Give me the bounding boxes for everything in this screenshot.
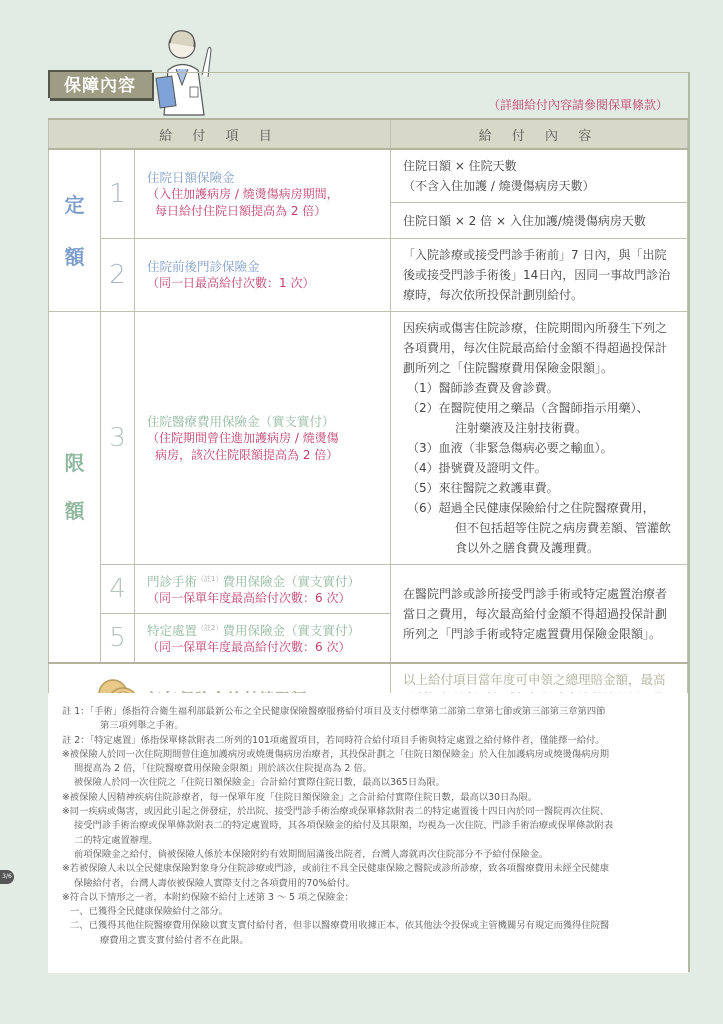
footnote-line: ※被保險人於同一次住院期間曾住進加護病房或燒燙傷病房治療者，其投保計劃之「住院日… <box>62 748 674 762</box>
footnote-ref: （註2） <box>197 624 222 632</box>
item-content: 住院日額 × 2 倍 × 入住加護/燒燙傷病房天數 <box>391 203 688 239</box>
item-name-part: 費用保險金（實支實付） <box>222 574 360 589</box>
category-limited-amount: 限 額 <box>49 312 101 664</box>
footnote-line: ※若被保險人未以全民健康保險對象身分住院診療或門診，或前往不具全民健康保險之醫院… <box>62 862 674 876</box>
item-content: 在醫院門診或診所接受門診手術或特定處置治療者當日之費用，每次最高給付金額不得超過… <box>391 565 688 664</box>
category-fixed-amount: 定 額 <box>49 149 101 312</box>
footnote-line: 第三項列舉之手術。 <box>62 719 674 733</box>
footnote-line: 二、已獲得其他住院醫療費用保險以實支實付給付者，但非以醫療費用收據正本、依其他法… <box>62 919 674 933</box>
footnote-line: ※同一疾病或傷害，或因此引起之併發症，於出院、接受門診手術治療或保單條款附表二的… <box>62 805 674 819</box>
item-content: 因疾病或傷害住院診療，住院期間內所發生下列之各項費用，每次住院最高給付金額不得超… <box>391 312 688 565</box>
item-number: 4 <box>101 565 135 614</box>
item-name: 住院日額保險金 <box>147 169 378 186</box>
item-condition: （同一保單年度最高給付次數：6 次） <box>147 639 378 656</box>
item-content: 「入院診療或接受門診手術前」7 日內，與「出院後或接受門診手術後」14日內，因同… <box>391 239 688 312</box>
footnote-line: ※符合以下情形之一者，本附約保險不給付上述第 3 ～ 5 項之保險金： <box>62 891 674 905</box>
item-condition: （入住加護病房 / 燒燙傷病房期間， <box>147 186 378 203</box>
content-list-item-cont: 注射藥液及注射技術費。 <box>403 418 675 438</box>
col-header-content: 給 付 內 容 <box>391 119 688 149</box>
category-label-top: 定 <box>49 179 100 231</box>
footnote-line: 療費用之實支實付給付者不在此限。 <box>62 934 674 948</box>
category-label-top: 限 <box>49 439 100 487</box>
table-row: 限 額 3 住院醫療費用保險金（實支實付） （住院期間曾住進加護病房 / 燒燙傷… <box>49 312 688 565</box>
footnote-line: 註 2：「特定處置」係指保單條款附表二所列的101項處置項目，若同時符合給付項目… <box>62 734 674 748</box>
content-line: 住院日額 × 住院天數 <box>403 156 675 176</box>
item-name: 特定處置（註2）費用保險金（實支實付） <box>147 620 378 639</box>
item-condition: （同一日最高給付次數：1 次） <box>147 275 378 292</box>
content-list-item: （3）血液（非緊急傷病必要之輸血）。 <box>403 438 675 458</box>
footnote-ref: （註1） <box>197 575 222 583</box>
content-list-item: （1）醫師診查費及會診費。 <box>403 378 675 398</box>
table-row: 2 住院前後門診保險金 （同一日最高給付次數：1 次） 「入院診療或接受門診手術… <box>49 239 688 312</box>
item-number: 2 <box>101 239 135 312</box>
frame-border-right <box>688 72 690 972</box>
item-name-part: 費用保險金（實支實付） <box>222 623 360 638</box>
item-condition: （同一保單年度最高給付次數：6 次） <box>147 590 378 607</box>
policy-terms-note: （詳細給付內容請參閱保單條款） <box>488 96 668 113</box>
footnote-line: 間提高為 2 倍，「住院醫療費用保險金限額」則於該次住院提高為 2 倍。 <box>62 762 674 776</box>
item-description: 住院醫療費用保險金（實支實付） （住院期間曾住進加護病房 / 燒燙傷 病房，該次… <box>135 312 391 565</box>
table-header-row: 給 付 項 目 給 付 內 容 <box>49 119 688 149</box>
item-name-part: 特定處置 <box>147 623 197 638</box>
footnote-line: 保險給付者，台灣人壽依被保險人實際支付之各項費用的70%給付。 <box>62 877 674 891</box>
item-name: 住院前後門診保險金 <box>147 258 378 275</box>
section-title: 保障內容 <box>48 70 152 98</box>
content-list-item: （4）掛號費及證明文件。 <box>403 458 675 478</box>
item-number: 5 <box>101 614 135 664</box>
content-list-item: （6）超過全民健康保險給付之住院醫療費用， <box>403 498 675 518</box>
content-list-item-cont: 但不包括超等住院之病房費差額、管灌飲 <box>403 518 675 538</box>
item-name: 門診手術（註1）費用保險金（實支實付） <box>147 571 378 590</box>
item-description: 住院前後門診保險金 （同一日最高給付次數：1 次） <box>135 239 391 312</box>
frame-border-top <box>150 72 688 73</box>
content-list-item-cont: 食以外之膳食費及護理費。 <box>403 538 675 558</box>
content-list-item: （2）在醫院使用之藥品（含醫師指示用藥）、 <box>403 398 675 418</box>
category-label-bottom: 額 <box>49 487 100 535</box>
item-description: 特定處置（註2）費用保險金（實支實付） （同一保單年度最高給付次數：6 次） <box>135 614 391 664</box>
content-intro: 因疾病或傷害住院診療，住院期間內所發生下列之各項費用，每次住院最高給付金額不得超… <box>403 318 675 378</box>
footnote-line: 註 1：「手術」係指符合衛生福利部最新公布之全民健康保險醫療服務給付項目及支付標… <box>62 705 674 719</box>
item-condition: （住院期間曾住進加護病房 / 燒燙傷 <box>147 430 378 447</box>
footnote-line: ※被保險人因精神疾病住院診療者，每一保單年度「住院日額保險金」之合計給付實際住院… <box>62 791 674 805</box>
footnote-line: 前項保險金之給付，倘被保險人係於本保險附約有效期間屆滿後出院者，台灣人壽就再次住… <box>62 848 674 862</box>
footnotes: 註 1：「手術」係指符合衛生福利部最新公布之全民健康保險醫療服務給付項目及支付標… <box>48 693 688 973</box>
item-number: 1 <box>101 149 135 239</box>
col-header-items: 給 付 項 目 <box>49 119 391 149</box>
table-row: 定 額 1 住院日額保險金 （入住加護病房 / 燒燙傷病房期間， 每日給付住院日… <box>49 149 688 203</box>
item-description: 住院日額保險金 （入住加護病房 / 燒燙傷病房期間， 每日給付住院日額提高為 2… <box>135 149 391 239</box>
page-marker: 3/6 <box>0 870 14 884</box>
table-row: 4 門診手術（註1）費用保險金（實支實付） （同一保單年度最高給付次數：6 次）… <box>49 565 688 614</box>
item-content: 住院日額 × 住院天數 （不含入住加護 / 燒燙傷病房天數） <box>391 149 688 203</box>
item-condition: 每日給付住院日額提高為 2 倍） <box>147 203 378 220</box>
footnote-line: 二的特定處置辦理。 <box>62 834 674 848</box>
footnote-line: 被保險人於同一次住院之「住院日額保險金」合計給付實際住院日數，最高以365日為限… <box>62 776 674 790</box>
item-condition: 病房，該次住院限額提高為 2 倍） <box>147 447 378 464</box>
content-list-item: （5）來往醫院之救護車費。 <box>403 478 675 498</box>
category-label-bottom: 額 <box>49 231 100 283</box>
content-line: （不含入住加護 / 燒燙傷病房天數） <box>403 176 675 196</box>
footnote-line: 接受門診手術治療或保單條款附表二的特定處置時，其各項保險金的給付及其限額，均視為… <box>62 819 674 833</box>
item-name-part: 門診手術 <box>147 574 197 589</box>
item-name: 住院醫療費用保險金（實支實付） <box>147 413 378 430</box>
page: 保障內容 （詳細給付內容請參閱保單條款） 給 付 項 目 給 付 內 容 定 額… <box>0 0 723 1024</box>
benefits-table: 給 付 項 目 給 付 內 容 定 額 1 住院日額保險金 （入住加護病房 / … <box>48 118 688 735</box>
footnote-line: 一、已獲得全民健康保險給付之部分。 <box>62 905 674 919</box>
item-number: 3 <box>101 312 135 565</box>
item-description: 門診手術（註1）費用保險金（實支實付） （同一保單年度最高給付次數：6 次） <box>135 565 391 614</box>
